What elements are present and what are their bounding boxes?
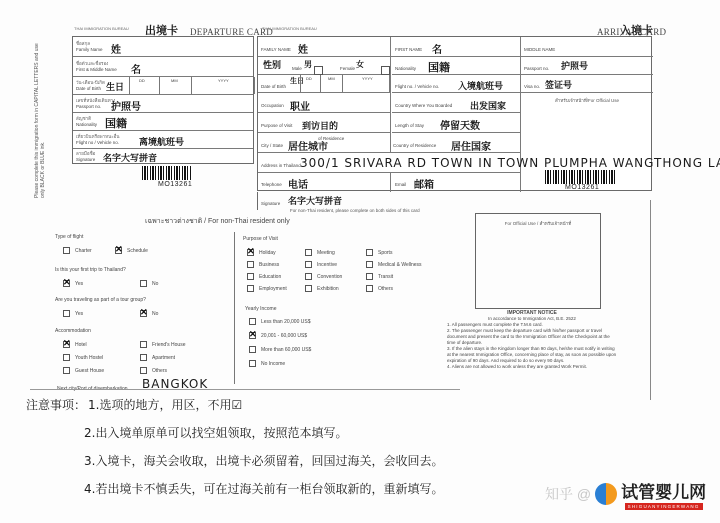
option-guest-house[interactable]: Guest House xyxy=(63,367,104,374)
side-instruction: Please complete this immigration form in… xyxy=(34,38,74,198)
income-option[interactable]: 20,001 - 60,000 US$ xyxy=(249,332,307,339)
purpose-option[interactable]: Medical & Wellness xyxy=(366,261,422,268)
checkbox[interactable] xyxy=(366,273,373,280)
label-th: ลายมือชื่อ xyxy=(76,151,95,156)
checkbox[interactable] xyxy=(249,360,256,367)
brand-name: 试管婴儿网 xyxy=(621,478,706,503)
label: Signature xyxy=(261,201,280,206)
arr-length-of-stay[interactable]: Length of Stay 停留天数 xyxy=(392,113,520,133)
option-apartment[interactable]: Apartment xyxy=(140,354,175,361)
label: Education xyxy=(259,274,281,280)
checkbox-checked[interactable] xyxy=(247,249,254,256)
label: No Income xyxy=(261,361,285,367)
important-notice: IMPORTANT NOTICE In accordance to Immigr… xyxy=(447,310,617,370)
label: Yes xyxy=(75,311,83,317)
accommodation-question: Accommodation xyxy=(55,328,91,334)
arr-passport[interactable]: Passport no. 护照号 xyxy=(521,57,653,75)
dep-row-passport[interactable]: เลขที่หนังสือเดินทาง Passport no. 护照号 xyxy=(73,95,253,113)
arr-occupation[interactable]: Occupation 职业 xyxy=(258,93,390,113)
notes-heading: 注意事项： xyxy=(26,396,86,413)
label: Transit xyxy=(378,274,393,280)
value: 姓 xyxy=(298,41,308,56)
value: 名 xyxy=(432,41,442,56)
checkbox[interactable] xyxy=(305,249,312,256)
label: Exhibition xyxy=(317,286,339,292)
city-label: City / State xyxy=(261,143,283,148)
purpose-option[interactable]: Meeting xyxy=(305,249,335,256)
purpose-option[interactable]: Exhibition xyxy=(305,285,339,292)
label: 20,001 - 60,000 US$ xyxy=(261,333,307,339)
option-youth-hostel[interactable]: Youth Hostel xyxy=(63,354,103,361)
option-tour-yes[interactable]: Yes xyxy=(63,310,83,317)
value: 邮箱 xyxy=(414,176,434,191)
arr-email[interactable]: Email 邮箱 xyxy=(392,173,520,192)
arr-residence[interactable]: of Residence City / State 居住城市 Country o… xyxy=(258,133,520,153)
label: Purpose of Visit xyxy=(261,123,292,128)
checkbox-checked[interactable] xyxy=(115,247,122,254)
card-bottom-edge xyxy=(30,389,460,390)
option-tour-no[interactable]: No xyxy=(140,310,158,317)
value: 出发国家 xyxy=(470,99,506,112)
dep-row-nationality[interactable]: สัญชาติ Nationality 国籍 xyxy=(73,113,253,131)
income-option[interactable]: More than 60,000 US$ xyxy=(249,346,311,353)
mm-header: MM xyxy=(328,76,335,81)
label: Sports xyxy=(378,250,392,256)
checkbox[interactable] xyxy=(140,280,147,287)
label: Address in Thailand xyxy=(261,163,301,168)
arr-official-use: สำหรับเจ้าหน้าที่/For Official Use xyxy=(521,97,653,104)
checkbox[interactable] xyxy=(247,285,254,292)
label: Occupation xyxy=(261,103,284,108)
label: MIDDLE NAME xyxy=(524,47,555,52)
value: 停留天数 xyxy=(440,117,480,132)
official-use-box: For Official Use / สำหรับเจ้าหน้าที่ xyxy=(475,213,601,309)
value: 职业 xyxy=(290,98,310,113)
dob-grid xyxy=(129,77,255,94)
arr-dob[interactable]: Date of Birth 生日 DD MM YYYY xyxy=(258,75,390,93)
checkbox[interactable] xyxy=(366,249,373,256)
female-checkbox[interactable] xyxy=(381,66,390,75)
value: 电话 xyxy=(288,176,308,191)
female-label: Female xyxy=(340,66,355,71)
label: Guest House xyxy=(75,368,104,374)
checkbox-checked[interactable] xyxy=(63,280,70,287)
gender-handwritten: 性别 xyxy=(263,58,281,71)
label: Email xyxy=(395,182,406,187)
checkbox[interactable] xyxy=(140,341,147,348)
label: Passport no. xyxy=(524,66,549,71)
value: 国籍 xyxy=(105,115,127,131)
arr-middle-name[interactable]: MIDDLE NAME xyxy=(521,37,653,57)
option-friends-house[interactable]: Friend's House xyxy=(140,341,185,348)
arr-country-boarded[interactable]: Country Where You Boarded 出发国家 xyxy=(392,93,520,113)
city-value: 居住城市 xyxy=(288,138,328,153)
mm-header: MM xyxy=(171,78,178,83)
purpose-option[interactable]: Employment xyxy=(247,285,287,292)
label-th: เที่ยวบินหรือพาหนะอื่น xyxy=(76,134,119,139)
departure-card: ชื่อสกุล Family Name 姓 ชื่อตัวและชื่อรอง… xyxy=(72,36,254,164)
dd-header: DD xyxy=(139,78,145,83)
label-th: เลขที่หนังสือเดินทาง xyxy=(76,98,115,103)
female-mark: 女 xyxy=(356,59,364,70)
country-residence-value: 居住国家 xyxy=(451,138,491,153)
checkbox[interactable] xyxy=(366,285,373,292)
label: Length of Stay xyxy=(395,123,424,128)
checkbox[interactable] xyxy=(63,354,70,361)
label: Friend's House xyxy=(152,342,185,348)
value: 名 xyxy=(131,61,141,76)
label: Flight no / Vehicle no. xyxy=(76,140,119,145)
option-charter[interactable]: Charter xyxy=(63,247,92,254)
first-trip-question: Is this your first trip to Thailand? xyxy=(55,267,126,273)
option-hotel[interactable]: Hotel xyxy=(63,341,87,348)
label: Schedule xyxy=(127,248,148,254)
card-edge xyxy=(650,200,651,400)
zhihu-watermark: 知乎 @ xyxy=(545,484,591,504)
dep-row-family-name[interactable]: ชื่อสกุล Family Name 姓 xyxy=(73,37,253,57)
arr-gender: 性别 Male 男 Female 女 xyxy=(258,57,390,75)
label: Youth Hostel xyxy=(75,355,103,361)
checkbox[interactable] xyxy=(249,318,256,325)
arr-nationality[interactable]: Nationality 国籍 xyxy=(392,57,520,75)
checkbox-checked[interactable] xyxy=(249,332,256,339)
value: 名字大写拼音 xyxy=(288,194,342,207)
value: 签证号 xyxy=(545,78,572,91)
arr-footer: For non-Thai resident, please complete o… xyxy=(290,208,420,213)
checkbox[interactable] xyxy=(63,310,70,317)
value: 护照号 xyxy=(561,59,588,72)
watermark: 知乎 @ 试管婴儿网 SHIGUANYINGERWANG xyxy=(545,478,706,510)
notice-item: 4. Aliens are not allowed to work unless… xyxy=(447,364,617,370)
label-th: ชื่อตัวและชื่อรอง xyxy=(76,61,108,66)
yyyy-header: YYYY xyxy=(218,78,229,83)
dep-row-first-name[interactable]: ชื่อตัวและชื่อรอง First & Middle Name 名 xyxy=(73,57,253,77)
label: Country Where You Boarded xyxy=(395,103,452,108)
value: 国籍 xyxy=(428,59,450,75)
purpose-option[interactable]: Business xyxy=(247,261,279,268)
label: Others xyxy=(152,368,167,374)
label: First & Middle Name xyxy=(76,67,117,72)
label: Flight no. / Vehicle no. xyxy=(395,84,439,89)
checkbox-checked[interactable] xyxy=(63,341,70,348)
checkbox[interactable] xyxy=(305,261,312,268)
value: 离境航班号 xyxy=(139,135,184,148)
arrival-barcode xyxy=(545,170,617,184)
checkbox[interactable] xyxy=(247,261,254,268)
arr-first-name[interactable]: FIRST NAME 名 xyxy=(392,37,520,57)
checkbox[interactable] xyxy=(63,367,70,374)
purpose-option[interactable]: Convention xyxy=(305,273,342,280)
label: Passport no. xyxy=(76,104,101,109)
checkbox[interactable] xyxy=(140,367,147,374)
arrival-agency: THAI IMMIGRATION BUREAU xyxy=(262,26,317,31)
label-th: ชื่อสกุล xyxy=(76,41,90,46)
label: Nationality xyxy=(395,66,416,71)
arr-purpose[interactable]: Purpose of Visit 到访目的 xyxy=(258,113,390,133)
dep-row-signature[interactable]: ลายมือชื่อ Signature 名字大写拼音 xyxy=(73,149,253,165)
purpose-option[interactable]: Transit xyxy=(366,273,393,280)
country-residence-label: Country of Residence xyxy=(393,143,436,148)
arr-visa[interactable]: Visa no. 签证号 xyxy=(521,75,653,93)
label: Hotel xyxy=(75,342,87,348)
tour-group-question: Are you traveling as part of a tour grou… xyxy=(55,297,146,303)
checkbox[interactable] xyxy=(140,354,147,361)
note-item: 3.入境卡，海关会收取，出境卡必须留着，回国过海关，会收回去。 xyxy=(84,452,443,469)
purpose-option[interactable]: Holiday xyxy=(247,249,276,256)
label: No xyxy=(152,281,158,287)
purpose-option[interactable]: Sports xyxy=(366,249,392,256)
yyyy-header: YYYY xyxy=(362,76,373,81)
label: Date of Birth xyxy=(76,86,101,91)
arr-telephone[interactable]: Telephone 电话 xyxy=(258,173,390,192)
dep-row-flight[interactable]: เที่ยวบินหรือพาหนะอื่น Flight no / Vehic… xyxy=(73,131,253,149)
checkbox[interactable] xyxy=(305,285,312,292)
label: Employment xyxy=(259,286,287,292)
value: 到访目的 xyxy=(302,119,338,132)
value: 名字大写拼音 xyxy=(103,151,157,164)
label: Signature xyxy=(76,157,95,162)
label-th: สัญชาติ xyxy=(76,116,91,121)
note-item: 1.选项的地方，用区，不用☑ xyxy=(88,396,242,413)
arrival-barcode-number: MO13261 xyxy=(565,184,599,191)
back-title: เฉพาะชาวต่างชาติ / For non-Thai resident… xyxy=(145,216,290,227)
checkbox[interactable] xyxy=(366,261,373,268)
brand-logo-icon xyxy=(595,483,617,505)
option-schedule[interactable]: Schedule xyxy=(115,247,148,254)
notice-item: 3. If the alien stays in the Kingdom lon… xyxy=(447,346,617,364)
income-question: Yearly Income xyxy=(245,306,277,312)
label: FAMILY NAME xyxy=(261,47,291,52)
male-label: Male xyxy=(292,66,302,71)
purpose-option[interactable]: Education xyxy=(247,273,281,280)
income-option[interactable]: Less than 20,000 US$ xyxy=(249,318,310,325)
notice-item: 2. The passenger must keep the departure… xyxy=(447,328,617,346)
dep-row-dob[interactable]: วัน-เดือน-ปีเกิด Date of Birth 生日 DD MM … xyxy=(73,77,253,95)
note-item: 2.出入境单原单可以找空姐领取，按照范本填写。 xyxy=(84,424,347,441)
label: Apartment xyxy=(152,355,175,361)
departure-barcode xyxy=(142,166,192,180)
departure-barcode-number: MO13261 xyxy=(158,181,192,188)
arr-address-value: 300/1 SRIVARA RD TOWN IN TOWN PLUMPHA WA… xyxy=(300,156,720,170)
purpose-option[interactable]: Incentive xyxy=(305,261,337,268)
label: Date of Birth xyxy=(261,84,286,89)
label: Holiday xyxy=(259,250,276,256)
label: More than 60,000 US$ xyxy=(261,347,311,353)
arr-flight[interactable]: Flight no. / Vehicle no. 入境航班号 xyxy=(392,75,520,93)
male-mark: 男 xyxy=(304,59,312,70)
value: 入境航班号 xyxy=(458,79,503,92)
checkbox-checked[interactable] xyxy=(140,310,147,317)
brand-sub: SHIGUANYINGERWANG xyxy=(625,503,703,510)
purpose-question: Purpose of Visit xyxy=(243,236,278,242)
checkbox[interactable] xyxy=(247,273,254,280)
purpose-option[interactable]: Others xyxy=(366,285,393,292)
value: 护照号 xyxy=(111,98,141,113)
income-option[interactable]: No Income xyxy=(249,360,285,367)
label: Charter xyxy=(75,248,92,254)
dd-header: DD xyxy=(306,76,312,81)
label: Visa no. xyxy=(524,84,540,89)
label: Family Name xyxy=(76,47,103,52)
label: FIRST NAME xyxy=(395,47,422,52)
label: Incentive xyxy=(317,262,337,268)
checkbox[interactable] xyxy=(305,273,312,280)
label: Meeting xyxy=(317,250,335,256)
label: Yes xyxy=(75,281,83,287)
type-of-flight-question: Type of flight xyxy=(55,234,83,240)
departure-agency: THAI IMMIGRATION BUREAU xyxy=(74,26,129,31)
option-first-trip-yes[interactable]: Yes xyxy=(63,280,83,287)
dob-grid xyxy=(300,75,390,92)
value: 生日 xyxy=(106,80,124,93)
label: Nationality xyxy=(76,122,97,127)
brand: 试管婴儿网 SHIGUANYINGERWANG xyxy=(621,478,706,510)
label: No xyxy=(152,311,158,317)
option-accommodation-others[interactable]: Others xyxy=(140,367,167,374)
checkbox[interactable] xyxy=(63,247,70,254)
label: Convention xyxy=(317,274,342,280)
option-first-trip-no[interactable]: No xyxy=(140,280,158,287)
value: 姓 xyxy=(111,41,121,56)
section-divider xyxy=(234,232,235,384)
male-checkbox[interactable] xyxy=(314,66,323,75)
note-item: 4.若出境卡不慎丢失，可在过海关前有一柜台领取新的，重新填写。 xyxy=(84,480,443,497)
label: Others xyxy=(378,286,393,292)
label: Telephone xyxy=(261,182,282,187)
label: Less than 20,000 US$ xyxy=(261,319,310,325)
official-use-title: For Official Use / สำหรับเจ้าหน้าที่ xyxy=(476,220,600,227)
label: Business xyxy=(259,262,279,268)
checkbox[interactable] xyxy=(249,346,256,353)
label: Medical & Wellness xyxy=(378,262,422,268)
label-th: วัน-เดือน-ปีเกิด xyxy=(76,80,105,85)
